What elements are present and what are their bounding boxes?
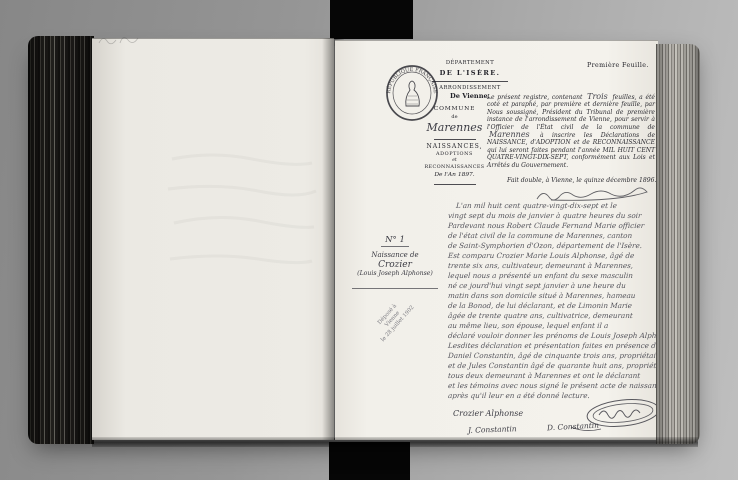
register-preamble: Le présent registre, contenant Trois feu… [487, 93, 655, 169]
act-text-line: de Saint-Symphorien d'Ozon, département … [448, 241, 659, 251]
deposit-stamp: Déposé àViennele 28 juillet 1902 [357, 281, 429, 358]
film-notch-top [330, 0, 413, 39]
act-text-line: de l'état civil de la commune de Marenne… [448, 231, 659, 241]
arrondissement-label: ARRONDISSEMENT [428, 85, 512, 92]
signature-witness-1: J. Constantin [468, 424, 517, 435]
book-left-page-edges [28, 36, 94, 444]
book-bottom-edge [92, 437, 698, 447]
pencil-mark [96, 31, 142, 49]
act-text-line: au même lieu, son épouse, lequel enfant … [448, 321, 659, 331]
act-text-line: Lesdites déclaration et présentation fai… [448, 341, 659, 351]
act-text-line: Pardevant nous Robert Claude Fernand Mar… [448, 221, 659, 231]
signature-declarant: Crozier Alphonse [453, 409, 523, 418]
act-text-line: âgée de trente quatre ans, cultivatrice,… [448, 311, 659, 321]
act-title-line: (Louis Joseph Alphonse) [348, 270, 442, 277]
act-title-line: Crozier [348, 260, 442, 271]
mayor-signature-flourish [565, 393, 665, 437]
blank-left-page [92, 38, 334, 440]
handwritten-commune-insert: Marennes [487, 130, 532, 139]
act-text-line: L'an mil huit cent quatre-vingt-dix-sept… [448, 201, 659, 211]
deposit-stamp-line: Vienne [362, 286, 423, 353]
departement-label: DÉPARTEMENT [428, 60, 512, 67]
act-text-line: Est comparu Crozier Marie Louis Alphonse… [448, 251, 659, 261]
header-divider [434, 184, 476, 185]
header-divider [434, 139, 476, 140]
act-text-line: de la Bonod, de lui déclarant, et de Lim… [448, 301, 659, 311]
act-text-line: et de Jules Constantin âgé de quarante h… [448, 361, 659, 371]
book-right-page-edges [656, 44, 700, 444]
act-text-line: né ce jourd'hui vingt sept janvier à une… [448, 281, 659, 291]
act-text-line: déclaré vouloir donner les prénoms de Lo… [448, 331, 659, 341]
act-text-line: Daniel Constantin, âgé de cinquante troi… [448, 351, 659, 361]
act-text-line: trente six ans, cultivateur, demeurant à… [448, 261, 659, 271]
preamble-text-1: Le présent registre, contenant [487, 94, 582, 101]
header-divider [432, 81, 508, 82]
act-title: Naissance deCrozier(Louis Joseph Alphons… [348, 251, 442, 278]
sheet-label: Première Feuille. [587, 62, 649, 69]
departement-name: DE L'ISÈRE. [428, 69, 512, 77]
act-text-line: vingt sept du mois de janvier à quatre h… [448, 211, 659, 221]
act-text-line: tous deux demeurant à Marennes et ont le… [448, 371, 659, 381]
register-year: De l'An 1897. [397, 172, 512, 180]
handwritten-sheet-count: Trois [585, 92, 610, 101]
act-number: N° 1 [381, 235, 409, 247]
margin-divider [352, 288, 438, 289]
ink-bleed-through [162, 139, 322, 299]
act-text-line: lequel nous a présenté un enfant du sexe… [448, 271, 659, 281]
birth-act-text: L'an mil huit cent quatre-vingt-dix-sept… [448, 201, 658, 401]
margin-note: N° 1 Naissance deCrozier(Louis Joseph Al… [348, 227, 442, 289]
register-first-page: Première Feuille. RÉPUBLIQUE FRANÇAISE D… [335, 40, 658, 440]
act-text-line: matin dans son domicile situé à Marennes… [448, 291, 659, 301]
act-title-line: Naissance de [348, 251, 442, 259]
microfilm-photo: { "film": { "top_notch": "black film not… [0, 0, 738, 480]
act-text-line: et les témoins avec nous signé le présen… [448, 381, 659, 391]
film-notch-bottom [329, 442, 410, 480]
